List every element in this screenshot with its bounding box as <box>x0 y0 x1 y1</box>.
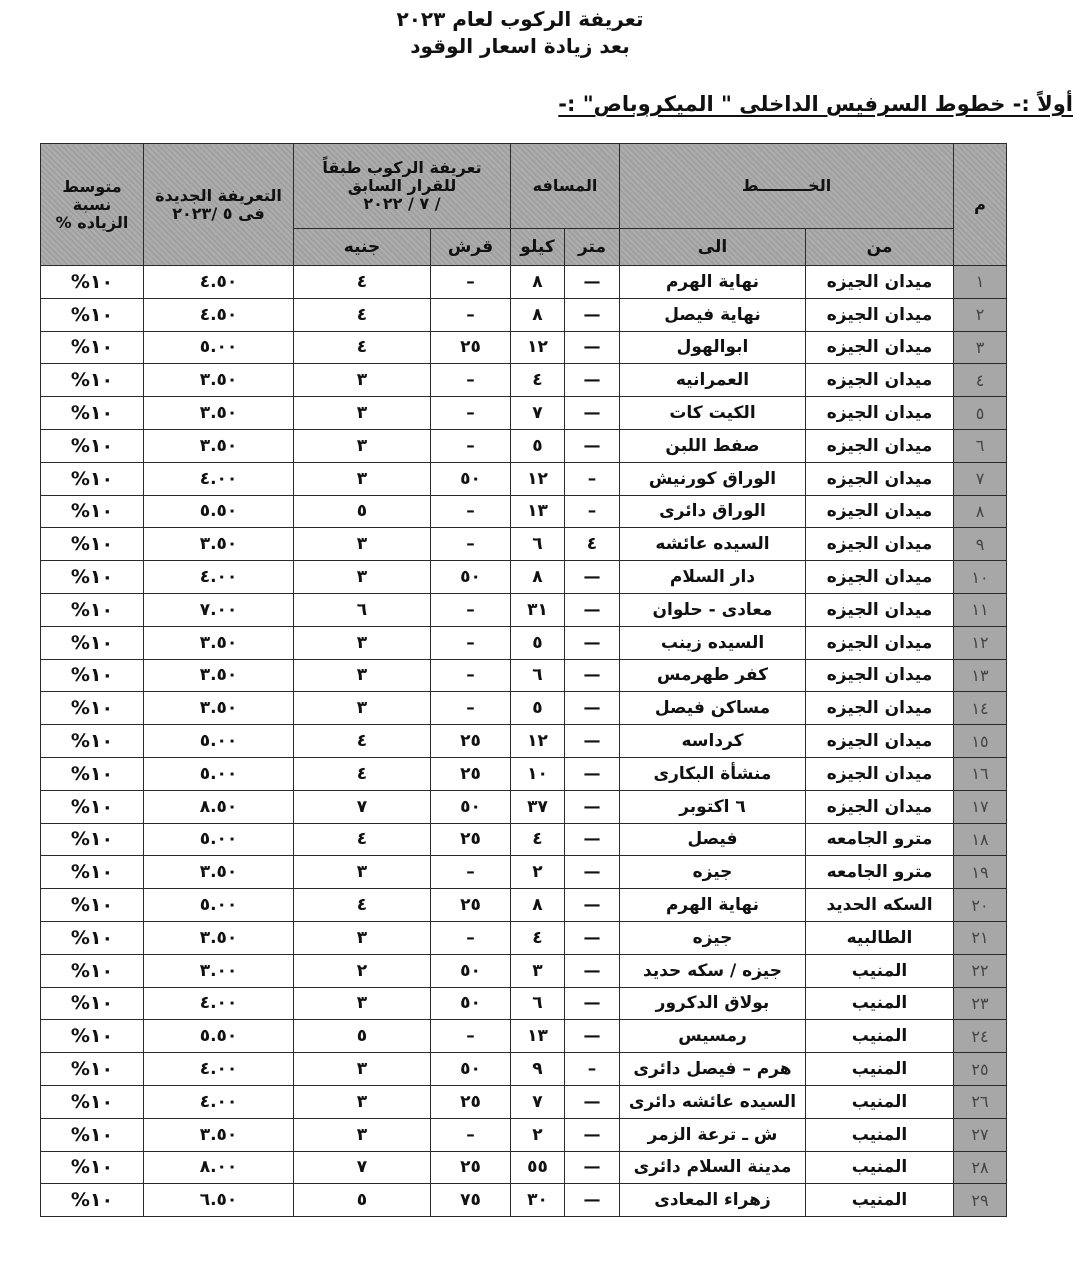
route-to: دار السلام <box>620 561 806 594</box>
route-from: المنيب <box>806 1053 954 1086</box>
old-fare-pound: ٣ <box>294 364 431 397</box>
distance-meter: — <box>565 856 620 889</box>
new-fare: ٣.٠٠ <box>144 954 294 987</box>
row-index: ١٢ <box>954 626 1007 659</box>
header-pound: جنيه <box>294 229 431 266</box>
route-from: ميدان الجيزه <box>806 364 954 397</box>
distance-meter: — <box>565 954 620 987</box>
old-fare-piaster: ٥٠ <box>431 561 511 594</box>
distance-meter: — <box>565 1151 620 1184</box>
old-fare-pound: ٣ <box>294 987 431 1020</box>
avg-increase: %١٠ <box>41 659 144 692</box>
row-index: ٢٧ <box>954 1118 1007 1151</box>
avg-increase: %١٠ <box>41 495 144 528</box>
avg-increase: %١٠ <box>41 1020 144 1053</box>
route-from: الطالبيه <box>806 921 954 954</box>
new-fare: ٤.٠٠ <box>144 1085 294 1118</box>
row-index: ٧ <box>954 462 1007 495</box>
old-fare-pound: ٥ <box>294 1184 431 1217</box>
route-from: المنيب <box>806 1020 954 1053</box>
distance-meter: — <box>565 987 620 1020</box>
route-from: مترو الجامعه <box>806 856 954 889</box>
table-row: ٦ميدان الجيزهصفط اللبن—٥–٣٣.٥٠%١٠ <box>41 429 1007 462</box>
new-fare: ٥.٥٠ <box>144 495 294 528</box>
new-fare: ٣.٥٠ <box>144 659 294 692</box>
avg-increase: %١٠ <box>41 397 144 430</box>
distance-meter: — <box>565 790 620 823</box>
table-row: ٢٤المنيبرمسيس—١٣–٥٥.٥٠%١٠ <box>41 1020 1007 1053</box>
row-index: ٩ <box>954 528 1007 561</box>
route-from: ميدان الجيزه <box>806 659 954 692</box>
table-row: ٨ميدان الجيزهالوراق دائرى–١٣–٥٥.٥٠%١٠ <box>41 495 1007 528</box>
table-row: ١٥ميدان الجيزهكرداسه—١٢٢٥٤٥.٠٠%١٠ <box>41 725 1007 758</box>
route-from: السكه الحديد <box>806 889 954 922</box>
old-fare-piaster: ٢٥ <box>431 823 511 856</box>
avg-increase: %١٠ <box>41 757 144 790</box>
route-from: المنيب <box>806 954 954 987</box>
distance-meter: — <box>565 889 620 922</box>
old-fare-piaster: ٥٠ <box>431 462 511 495</box>
distance-meter: — <box>565 921 620 954</box>
new-fare: ٤.٠٠ <box>144 462 294 495</box>
old-fare-piaster: ٢٥ <box>431 725 511 758</box>
avg-increase: %١٠ <box>41 561 144 594</box>
row-index: ٦ <box>954 429 1007 462</box>
route-to: السيده عائشه دائرى <box>620 1085 806 1118</box>
route-to: رمسيس <box>620 1020 806 1053</box>
route-from: ميدان الجيزه <box>806 429 954 462</box>
old-fare-pound: ٤ <box>294 298 431 331</box>
route-from: المنيب <box>806 987 954 1020</box>
avg-increase: %١٠ <box>41 954 144 987</box>
row-index: ٢٩ <box>954 1184 1007 1217</box>
avg-increase: %١٠ <box>41 331 144 364</box>
distance-kilo: ١٣ <box>511 1020 565 1053</box>
table-row: ٢٥المنيبهرم – فيصل دائرى–٩٥٠٣٤.٠٠%١٠ <box>41 1053 1007 1086</box>
new-fare: ٥.٠٠ <box>144 823 294 856</box>
route-to: السيده زينب <box>620 626 806 659</box>
header-avg-increase: متوسط نسبة الزياده % <box>41 144 144 266</box>
avg-increase: %١٠ <box>41 593 144 626</box>
row-index: ١٦ <box>954 757 1007 790</box>
distance-kilo: ٣ <box>511 954 565 987</box>
old-fare-piaster: – <box>431 856 511 889</box>
route-to: صفط اللبن <box>620 429 806 462</box>
route-to: العمرانيه <box>620 364 806 397</box>
old-fare-pound: ٣ <box>294 692 431 725</box>
distance-kilo: ٤ <box>511 823 565 856</box>
route-from: ميدان الجيزه <box>806 462 954 495</box>
route-to: ٦ اكتوبر <box>620 790 806 823</box>
distance-meter: — <box>565 266 620 299</box>
avg-increase: %١٠ <box>41 298 144 331</box>
old-fare-piaster: ٧٥ <box>431 1184 511 1217</box>
route-from: ميدان الجيزه <box>806 790 954 823</box>
route-from: المنيب <box>806 1151 954 1184</box>
header-kilo: كيلو <box>511 229 565 266</box>
old-fare-piaster: ٥٠ <box>431 1053 511 1086</box>
old-fare-pound: ٤ <box>294 725 431 758</box>
table-row: ١١ميدان الجيزهمعادى - حلوان—٣١–٦٧.٠٠%١٠ <box>41 593 1007 626</box>
old-fare-pound: ٥ <box>294 1020 431 1053</box>
table-row: ٢٨المنيبمدينة السلام دائرى—٥٥٢٥٧٨.٠٠%١٠ <box>41 1151 1007 1184</box>
new-fare: ٣.٥٠ <box>144 429 294 462</box>
new-fare: ٥.٠٠ <box>144 725 294 758</box>
old-fare-pound: ٤ <box>294 889 431 922</box>
old-fare-piaster: ٥٠ <box>431 954 511 987</box>
distance-meter: – <box>565 1053 620 1086</box>
old-fare-piaster: ٢٥ <box>431 1085 511 1118</box>
route-to: بولاق الدكرور <box>620 987 806 1020</box>
route-from: ميدان الجيزه <box>806 266 954 299</box>
row-index: ٣ <box>954 331 1007 364</box>
row-index: ١٩ <box>954 856 1007 889</box>
route-to: نهاية الهرم <box>620 889 806 922</box>
distance-kilo: ٦ <box>511 987 565 1020</box>
old-fare-piaster: – <box>431 528 511 561</box>
avg-increase: %١٠ <box>41 364 144 397</box>
distance-kilo: ٩ <box>511 1053 565 1086</box>
old-fare-piaster: – <box>431 429 511 462</box>
header-to: الى <box>620 229 806 266</box>
old-fare-piaster: – <box>431 593 511 626</box>
distance-kilo: ٢ <box>511 856 565 889</box>
old-fare-piaster: ٢٥ <box>431 757 511 790</box>
old-fare-piaster: – <box>431 397 511 430</box>
new-fare: ٣.٥٠ <box>144 364 294 397</box>
old-fare-pound: ٣ <box>294 626 431 659</box>
section-heading: أولاً :- خطوط السرفيس الداخلى " الميكروب… <box>558 92 1073 116</box>
avg-increase: %١٠ <box>41 266 144 299</box>
distance-kilo: ٥ <box>511 626 565 659</box>
new-fare: ٥.٠٠ <box>144 757 294 790</box>
tariff-table: م الخـــــــــط المسافه تعريفة الركوب طب… <box>40 143 1007 1217</box>
route-to: جيزه <box>620 921 806 954</box>
distance-meter: ٤ <box>565 528 620 561</box>
distance-kilo: ٨ <box>511 266 565 299</box>
row-index: ٢٦ <box>954 1085 1007 1118</box>
row-index: ١٧ <box>954 790 1007 823</box>
route-from: ميدان الجيزه <box>806 298 954 331</box>
distance-meter: — <box>565 659 620 692</box>
table-row: ١٣ميدان الجيزهكفر طهرمس—٦–٣٣.٥٠%١٠ <box>41 659 1007 692</box>
route-to: مساكن فيصل <box>620 692 806 725</box>
route-to: معادى - حلوان <box>620 593 806 626</box>
avg-increase: %١٠ <box>41 1118 144 1151</box>
distance-meter: — <box>565 429 620 462</box>
header-new-fare-line1: التعريفة الجديدة <box>144 187 293 205</box>
distance-meter: — <box>565 692 620 725</box>
route-to: هرم – فيصل دائرى <box>620 1053 806 1086</box>
old-fare-piaster: – <box>431 364 511 397</box>
header-avg-increase-line1: متوسط نسبة <box>41 178 143 214</box>
row-index: ١٥ <box>954 725 1007 758</box>
new-fare: ٨.٠٠ <box>144 1151 294 1184</box>
old-fare-piaster: – <box>431 1118 511 1151</box>
header-avg-increase-line2: الزياده % <box>41 214 143 232</box>
old-fare-pound: ٧ <box>294 1151 431 1184</box>
avg-increase: %١٠ <box>41 626 144 659</box>
row-index: ٢٨ <box>954 1151 1007 1184</box>
table-row: ١٢ميدان الجيزهالسيده زينب—٥–٣٣.٥٠%١٠ <box>41 626 1007 659</box>
table-row: ٢٧المنيبش ـ ترعة الزمر—٢–٣٣.٥٠%١٠ <box>41 1118 1007 1151</box>
table-row: ٤ميدان الجيزهالعمرانيه—٤–٣٣.٥٠%١٠ <box>41 364 1007 397</box>
route-to: نهاية فيصل <box>620 298 806 331</box>
route-from: ميدان الجيزه <box>806 626 954 659</box>
old-fare-pound: ٣ <box>294 1085 431 1118</box>
route-to: فيصل <box>620 823 806 856</box>
header-distance: المسافه <box>511 144 620 229</box>
avg-increase: %١٠ <box>41 921 144 954</box>
distance-meter: – <box>565 462 620 495</box>
distance-meter: — <box>565 1118 620 1151</box>
route-from: ميدان الجيزه <box>806 757 954 790</box>
table-row: ٥ميدان الجيزهالكيت كات—٧–٣٣.٥٠%١٠ <box>41 397 1007 430</box>
header-new-fare-line2: فى ٥ /٢٠٢٣ <box>144 205 293 223</box>
old-fare-pound: ٤ <box>294 757 431 790</box>
route-from: المنيب <box>806 1118 954 1151</box>
header-from: من <box>806 229 954 266</box>
old-fare-piaster: ٥٠ <box>431 790 511 823</box>
distance-kilo: ٥ <box>511 692 565 725</box>
distance-kilo: ٤ <box>511 921 565 954</box>
route-to: جيزه <box>620 856 806 889</box>
avg-increase: %١٠ <box>41 692 144 725</box>
distance-kilo: ٥ <box>511 429 565 462</box>
new-fare: ٥.٠٠ <box>144 331 294 364</box>
distance-kilo: ١٠ <box>511 757 565 790</box>
avg-increase: %١٠ <box>41 462 144 495</box>
old-fare-piaster: – <box>431 921 511 954</box>
route-from: ميدان الجيزه <box>806 593 954 626</box>
distance-meter: — <box>565 757 620 790</box>
header-new-fare: التعريفة الجديدة فى ٥ /٢٠٢٣ <box>144 144 294 266</box>
distance-meter: — <box>565 331 620 364</box>
route-from: مترو الجامعه <box>806 823 954 856</box>
distance-kilo: ٣٠ <box>511 1184 565 1217</box>
new-fare: ٣.٥٠ <box>144 397 294 430</box>
route-to: نهاية الهرم <box>620 266 806 299</box>
row-index: ٢٣ <box>954 987 1007 1020</box>
row-index: ٢٤ <box>954 1020 1007 1053</box>
old-fare-piaster: ٢٥ <box>431 1151 511 1184</box>
row-index: ١ <box>954 266 1007 299</box>
old-fare-pound: ٣ <box>294 528 431 561</box>
distance-kilo: ٦ <box>511 528 565 561</box>
table-row: ٢٣المنيببولاق الدكرور—٦٥٠٣٤.٠٠%١٠ <box>41 987 1007 1020</box>
row-index: ٢٠ <box>954 889 1007 922</box>
new-fare: ٤.٥٠ <box>144 266 294 299</box>
distance-kilo: ٧ <box>511 1085 565 1118</box>
table-row: ١٧ميدان الجيزه٦ اكتوبر—٣٧٥٠٧٨.٥٠%١٠ <box>41 790 1007 823</box>
document-title-block: تعريفة الركوب لعام ٢٠٢٣ بعد زيادة اسعار … <box>380 6 660 60</box>
new-fare: ٧.٠٠ <box>144 593 294 626</box>
row-index: ١٠ <box>954 561 1007 594</box>
avg-increase: %١٠ <box>41 790 144 823</box>
avg-increase: %١٠ <box>41 823 144 856</box>
distance-meter: — <box>565 397 620 430</box>
old-fare-pound: ٤ <box>294 823 431 856</box>
header-old-fare: تعريفة الركوب طبقاً للقرار السابق / ٧ / … <box>294 144 511 229</box>
route-from: المنيب <box>806 1085 954 1118</box>
table-row: ١ميدان الجيزهنهاية الهرم—٨–٤٤.٥٠%١٠ <box>41 266 1007 299</box>
route-from: ميدان الجيزه <box>806 495 954 528</box>
distance-kilo: ٧ <box>511 397 565 430</box>
table-row: ٧ميدان الجيزهالوراق كورنيش–١٢٥٠٣٤.٠٠%١٠ <box>41 462 1007 495</box>
row-index: ١٨ <box>954 823 1007 856</box>
route-to: كفر طهرمس <box>620 659 806 692</box>
route-to: مدينة السلام دائرى <box>620 1151 806 1184</box>
distance-meter: — <box>565 593 620 626</box>
distance-meter: — <box>565 561 620 594</box>
row-index: ١٤ <box>954 692 1007 725</box>
row-index: ٤ <box>954 364 1007 397</box>
old-fare-pound: ٣ <box>294 397 431 430</box>
old-fare-pound: ٣ <box>294 1053 431 1086</box>
old-fare-piaster: – <box>431 1020 511 1053</box>
old-fare-piaster: – <box>431 266 511 299</box>
new-fare: ٦.٥٠ <box>144 1184 294 1217</box>
new-fare: ٤.٠٠ <box>144 1053 294 1086</box>
document-subtitle: بعد زيادة اسعار الوقود <box>380 33 660 60</box>
route-to: زهراء المعادى <box>620 1184 806 1217</box>
distance-kilo: ١٢ <box>511 331 565 364</box>
table-row: ٢٩المنيبزهراء المعادى—٣٠٧٥٥٦.٥٠%١٠ <box>41 1184 1007 1217</box>
row-index: ٢١ <box>954 921 1007 954</box>
table-row: ١٤ميدان الجيزهمساكن فيصل—٥–٣٣.٥٠%١٠ <box>41 692 1007 725</box>
old-fare-pound: ٣ <box>294 921 431 954</box>
distance-meter: — <box>565 1085 620 1118</box>
row-index: ٢٢ <box>954 954 1007 987</box>
distance-kilo: ١٢ <box>511 725 565 758</box>
avg-increase: %١٠ <box>41 889 144 922</box>
distance-kilo: ٨ <box>511 561 565 594</box>
distance-kilo: ٨ <box>511 298 565 331</box>
route-from: ميدان الجيزه <box>806 561 954 594</box>
row-index: ٢ <box>954 298 1007 331</box>
table-row: ٢٦المنيبالسيده عائشه دائرى—٧٢٥٣٤.٠٠%١٠ <box>41 1085 1007 1118</box>
route-from: ميدان الجيزه <box>806 528 954 561</box>
table-row: ٢ميدان الجيزهنهاية فيصل—٨–٤٤.٥٠%١٠ <box>41 298 1007 331</box>
table-row: ٢٠السكه الحديدنهاية الهرم—٨٢٥٤٥.٠٠%١٠ <box>41 889 1007 922</box>
old-fare-pound: ٣ <box>294 659 431 692</box>
distance-kilo: ١٢ <box>511 462 565 495</box>
route-to: الوراق كورنيش <box>620 462 806 495</box>
distance-kilo: ١٣ <box>511 495 565 528</box>
avg-increase: %١٠ <box>41 429 144 462</box>
distance-kilo: ٦ <box>511 659 565 692</box>
new-fare: ٣.٥٠ <box>144 1118 294 1151</box>
old-fare-pound: ٦ <box>294 593 431 626</box>
route-to: كرداسه <box>620 725 806 758</box>
old-fare-pound: ٤ <box>294 331 431 364</box>
distance-kilo: ٣٧ <box>511 790 565 823</box>
header-old-fare-line1: تعريفة الركوب طبقاً <box>294 159 510 177</box>
route-from: ميدان الجيزه <box>806 692 954 725</box>
distance-kilo: ٢ <box>511 1118 565 1151</box>
route-to: ابوالهول <box>620 331 806 364</box>
route-to: الوراق دائرى <box>620 495 806 528</box>
header-meter: متر <box>565 229 620 266</box>
route-to: منشأة البكارى <box>620 757 806 790</box>
row-index: ٢٥ <box>954 1053 1007 1086</box>
new-fare: ٨.٥٠ <box>144 790 294 823</box>
avg-increase: %١٠ <box>41 1184 144 1217</box>
avg-increase: %١٠ <box>41 856 144 889</box>
table-row: ٢١الطالبيهجيزه—٤–٣٣.٥٠%١٠ <box>41 921 1007 954</box>
route-from: ميدان الجيزه <box>806 331 954 364</box>
old-fare-piaster: – <box>431 659 511 692</box>
route-to: السيده عائشه <box>620 528 806 561</box>
new-fare: ٥.٥٠ <box>144 1020 294 1053</box>
distance-meter: — <box>565 1020 620 1053</box>
old-fare-pound: ٣ <box>294 1118 431 1151</box>
avg-increase: %١٠ <box>41 987 144 1020</box>
header-index: م <box>954 144 1007 266</box>
distance-kilo: ٤ <box>511 364 565 397</box>
new-fare: ٣.٥٠ <box>144 692 294 725</box>
distance-meter: – <box>565 495 620 528</box>
table-row: ١٠ميدان الجيزهدار السلام—٨٥٠٣٤.٠٠%١٠ <box>41 561 1007 594</box>
table-row: ٢٢المنيبجيزه / سكه حديد—٣٥٠٢٣.٠٠%١٠ <box>41 954 1007 987</box>
table-row: ٩ميدان الجيزهالسيده عائشه٤٦–٣٣.٥٠%١٠ <box>41 528 1007 561</box>
old-fare-pound: ٢ <box>294 954 431 987</box>
distance-meter: — <box>565 823 620 856</box>
distance-meter: — <box>565 298 620 331</box>
document-title: تعريفة الركوب لعام ٢٠٢٣ <box>380 6 660 33</box>
route-to: الكيت كات <box>620 397 806 430</box>
new-fare: ٥.٠٠ <box>144 889 294 922</box>
old-fare-pound: ٥ <box>294 495 431 528</box>
distance-meter: — <box>565 1184 620 1217</box>
new-fare: ٣.٥٠ <box>144 921 294 954</box>
avg-increase: %١٠ <box>41 725 144 758</box>
old-fare-pound: ٣ <box>294 462 431 495</box>
old-fare-piaster: ٢٥ <box>431 331 511 364</box>
row-index: ٥ <box>954 397 1007 430</box>
table-row: ٣ميدان الجيزهابوالهول—١٢٢٥٤٥.٠٠%١٠ <box>41 331 1007 364</box>
distance-kilo: ٨ <box>511 889 565 922</box>
distance-kilo: ٣١ <box>511 593 565 626</box>
avg-increase: %١٠ <box>41 528 144 561</box>
tariff-table-body: ١ميدان الجيزهنهاية الهرم—٨–٤٤.٥٠%١٠٢ميدا… <box>41 266 1007 1217</box>
old-fare-piaster: ٥٠ <box>431 987 511 1020</box>
new-fare: ٤.٠٠ <box>144 987 294 1020</box>
route-to: ش ـ ترعة الزمر <box>620 1118 806 1151</box>
route-from: ميدان الجيزه <box>806 725 954 758</box>
row-index: ١١ <box>954 593 1007 626</box>
distance-meter: — <box>565 364 620 397</box>
distance-meter: — <box>565 626 620 659</box>
table-row: ١٦ميدان الجيزهمنشأة البكارى—١٠٢٥٤٥.٠٠%١٠ <box>41 757 1007 790</box>
header-old-fare-line3: / ٧ / ٢٠٢٢ <box>294 195 510 213</box>
new-fare: ٣.٥٠ <box>144 626 294 659</box>
avg-increase: %١٠ <box>41 1151 144 1184</box>
new-fare: ٣.٥٠ <box>144 856 294 889</box>
header-line: الخـــــــــط <box>620 144 954 229</box>
distance-kilo: ٥٥ <box>511 1151 565 1184</box>
old-fare-piaster: – <box>431 495 511 528</box>
old-fare-piaster: – <box>431 298 511 331</box>
distance-meter: — <box>565 725 620 758</box>
row-index: ٨ <box>954 495 1007 528</box>
old-fare-pound: ٣ <box>294 429 431 462</box>
new-fare: ٤.٠٠ <box>144 561 294 594</box>
header-old-fare-line2: للقرار السابق <box>294 177 510 195</box>
table-row: ١٨مترو الجامعهفيصل—٤٢٥٤٥.٠٠%١٠ <box>41 823 1007 856</box>
avg-increase: %١٠ <box>41 1053 144 1086</box>
route-to: جيزه / سكه حديد <box>620 954 806 987</box>
